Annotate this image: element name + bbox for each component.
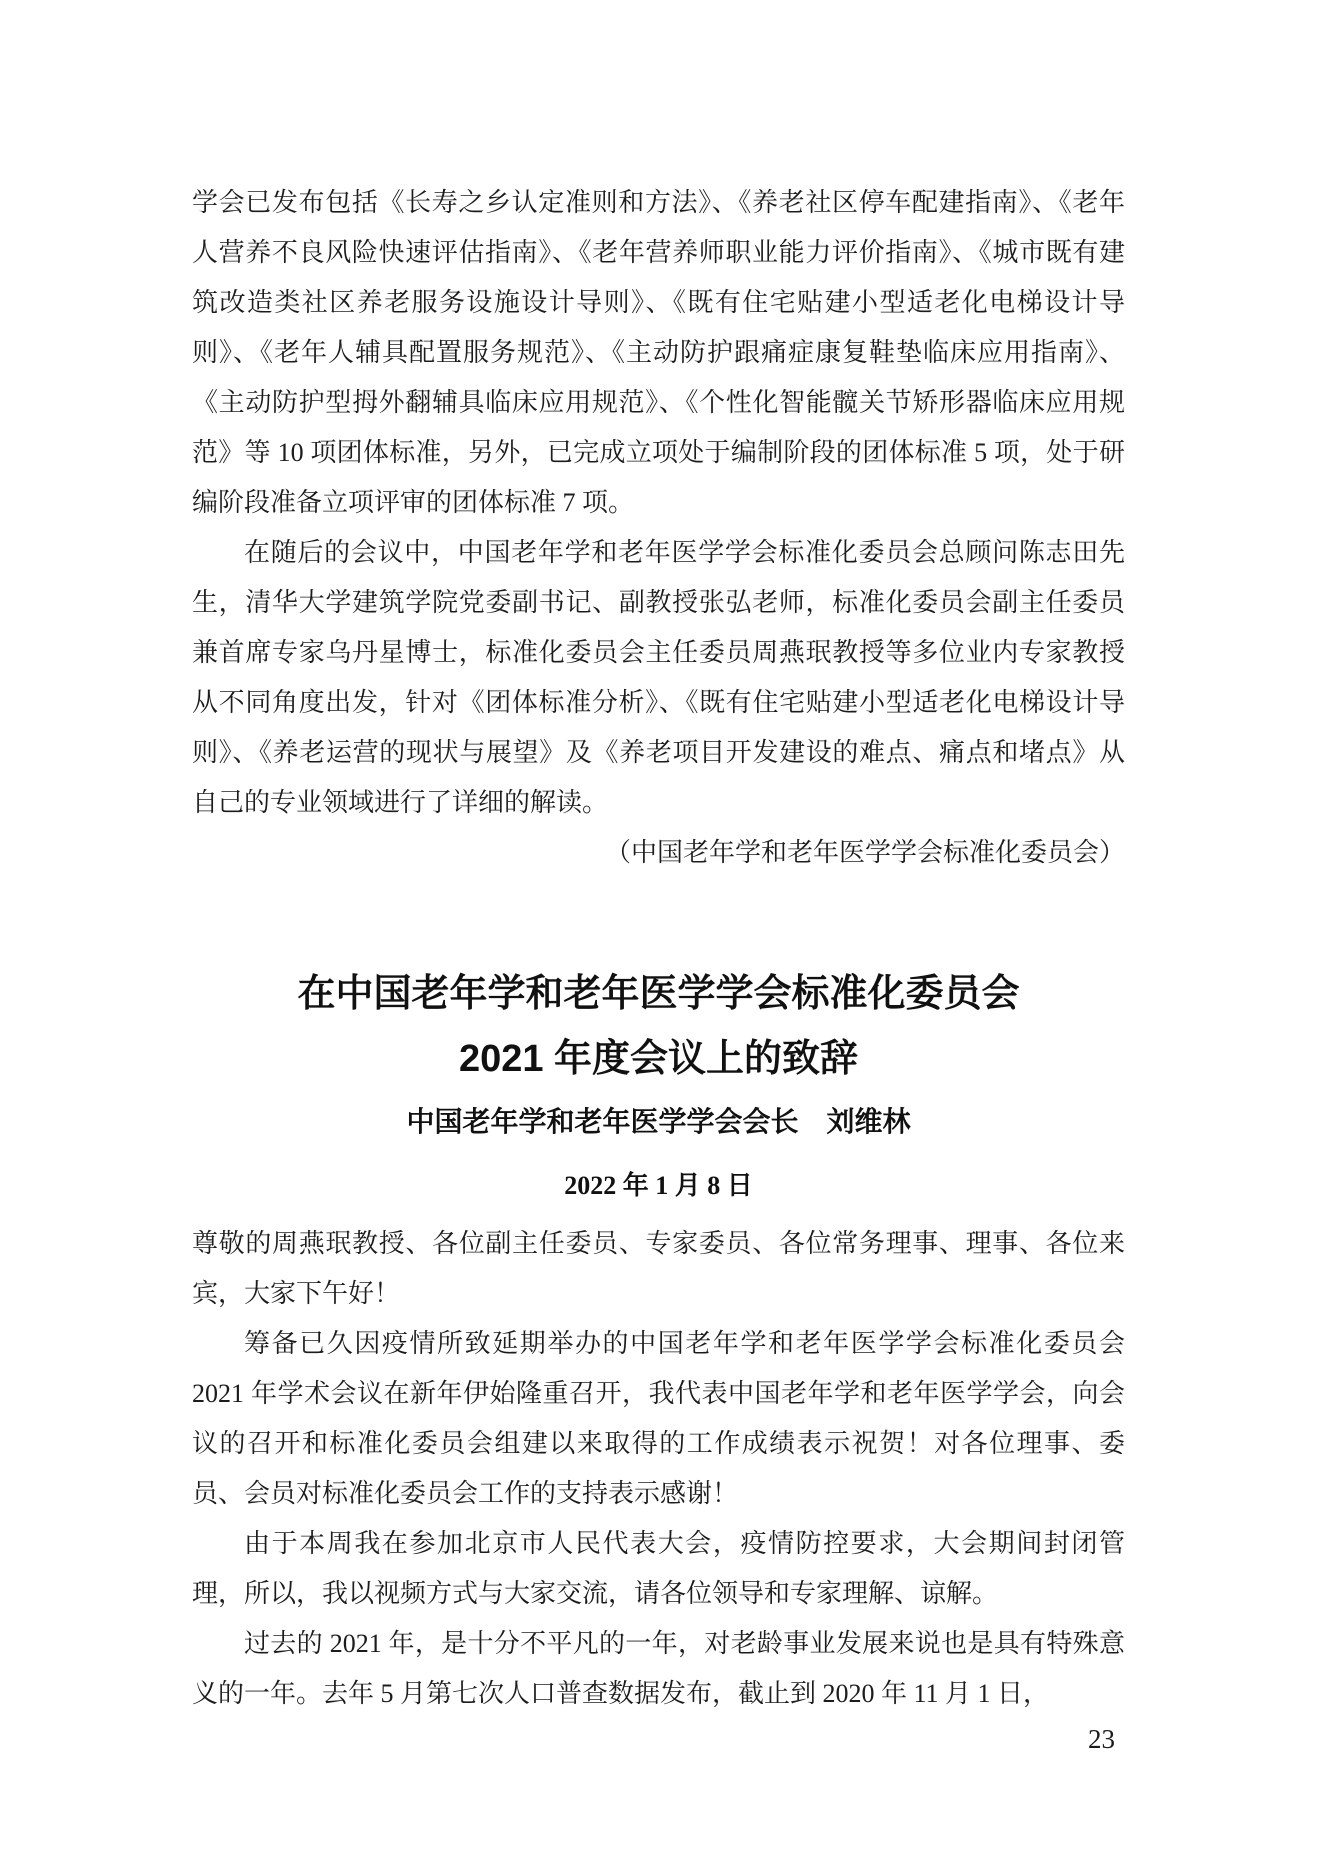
prev-article-paragraph-continued: 学会已发布包括《长寿之乡认定准则和方法》、《养老社区停车配建指南》、《老年人营养… [192, 178, 1125, 528]
date-line: 2022 年 1 月 8 日 [192, 1158, 1125, 1214]
speech-paragraph: 过去的 2021 年，是十分不平凡的一年，对老龄事业发展来说也是具有特殊意义的一… [192, 1619, 1125, 1719]
speech-salutation: 尊敬的周燕珉教授、各位副主任委员、专家委员、各位常务理事、理事、各位来宾，大家下… [192, 1219, 1125, 1319]
prev-article-paragraph: 在随后的会议中，中国老年学和老年医学学会标准化委员会总顾问陈志田先生，清华大学建… [192, 528, 1125, 828]
speech-paragraph: 筹备已久因疫情所致延期举办的中国老年学和老年医学学会标准化委员会 2021 年学… [192, 1319, 1125, 1519]
document-page: 学会已发布包括《长寿之乡认定准则和方法》、《养老社区停车配建指南》、《老年人营养… [0, 0, 1323, 1871]
speech-paragraph: 由于本周我在参加北京市人民代表大会，疫情防控要求，大会期间封闭管理，所以，我以视… [192, 1519, 1125, 1619]
speaker-line: 中国老年学和老年医学学会会长 刘维林 [192, 1094, 1125, 1150]
attribution-line: （中国老年学和老年医学学会标准化委员会） [192, 828, 1125, 878]
text-column: 学会已发布包括《长寿之乡认定准则和方法》、《养老社区停车配建指南》、《老年人营养… [192, 178, 1125, 1719]
page-number: 23 [1088, 1722, 1115, 1756]
article-title: 在中国老年学和老年医学学会标准化委员会 2021 年度会议上的致辞 [192, 962, 1125, 1092]
article-title-line1: 在中国老年学和老年医学学会标准化委员会 [192, 962, 1125, 1027]
article-title-line2: 2021 年度会议上的致辞 [192, 1027, 1125, 1092]
